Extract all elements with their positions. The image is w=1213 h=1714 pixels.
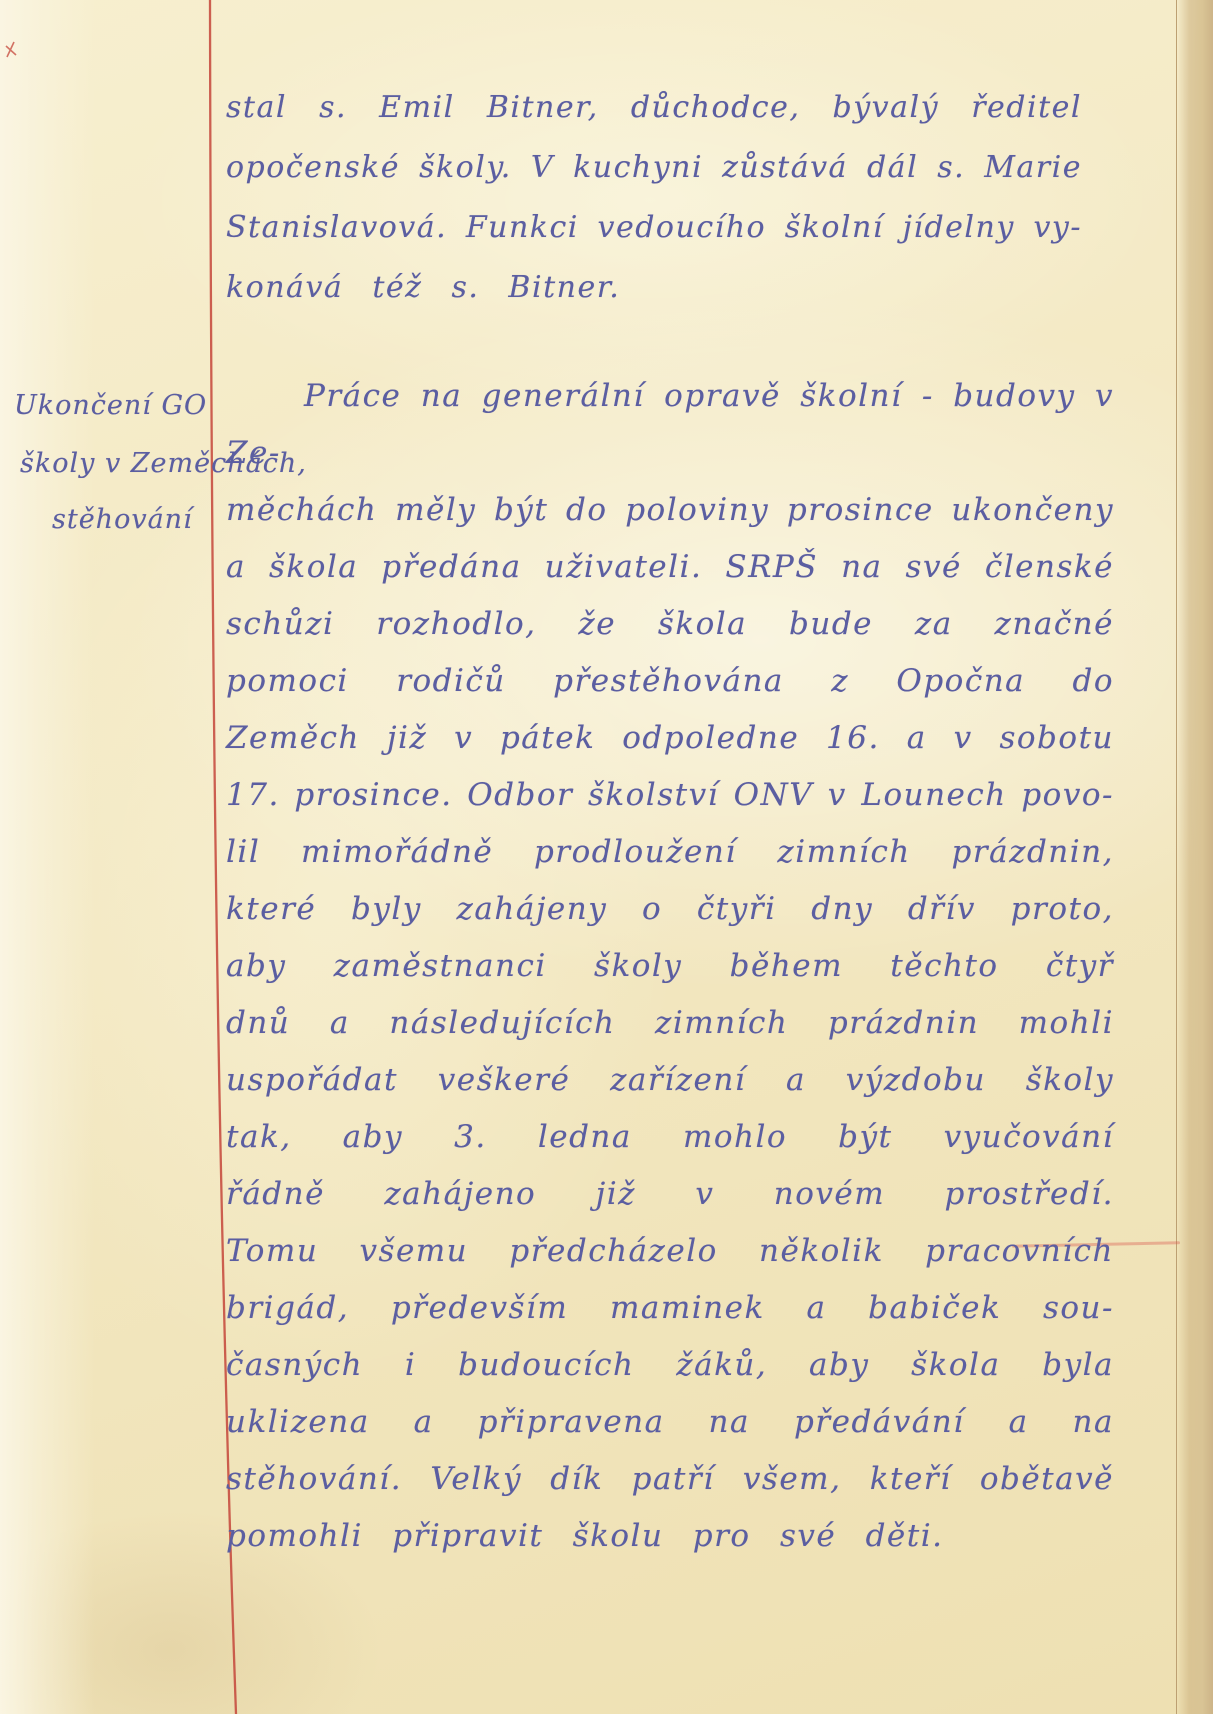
handwritten-line: schůzi rozhodlo, že škola bude za značné xyxy=(226,596,1114,653)
handwritten-line: Tomu všemu předcházelo několik pracovníc… xyxy=(226,1223,1114,1280)
margin-note-line: Ukončení GO xyxy=(14,390,207,421)
handwritten-line: Stanislavová. Funkci vedoucího školní jí… xyxy=(226,198,1082,258)
handwritten-line: aby zaměstnanci školy během těchto čtyř xyxy=(226,938,1114,995)
handwritten-line: uspořádat veškeré zařízení a výzdobu ško… xyxy=(226,1052,1114,1109)
handwritten-line: lil mimořádně prodloužení zimních prázdn… xyxy=(226,824,1114,881)
chronicle-page: Ukončení GO školy v Zeměchách, stěhování… xyxy=(0,0,1213,1714)
handwritten-line: stěhování. Velký dík patří všem, kteří o… xyxy=(226,1451,1114,1508)
handwritten-line: brigád, především maminek a babiček sou- xyxy=(226,1280,1114,1337)
handwritten-line: časných i budoucích žáků, aby škola byla xyxy=(226,1337,1114,1394)
handwritten-line: uklizena a připravena na předávání a na xyxy=(226,1394,1114,1451)
handwritten-line: pomohli připravit školu pro své děti. xyxy=(226,1508,1114,1565)
handwritten-line: tak, aby 3. ledna mohlo být vyučování xyxy=(226,1109,1114,1166)
handwritten-line: stal s. Emil Bitner, důchodce, bývalý ře… xyxy=(226,78,1082,138)
red-corner-mark xyxy=(6,42,16,57)
handwritten-line: opočenské školy. V kuchyni zůstává dál s… xyxy=(226,138,1082,198)
page-right-fold-edge xyxy=(1176,0,1213,1714)
handwritten-line: měchách měly být do poloviny prosince uk… xyxy=(226,482,1114,539)
page-left-edge xyxy=(0,0,95,1714)
handwritten-line: a škola předána uživateli. SRPŠ na své č… xyxy=(226,539,1114,596)
handwritten-line: pomoci rodičů přestěhována z Opočna do xyxy=(226,653,1114,710)
paragraph-continuation: stal s. Emil Bitner, důchodce, bývalý ře… xyxy=(226,78,1082,318)
paragraph-school-move: Práce na generální opravě školní - budov… xyxy=(226,368,1114,1565)
handwritten-line: 17. prosince. Odbor školství ONV v Loune… xyxy=(226,767,1114,824)
margin-note-line: stěhování xyxy=(52,504,193,535)
handwritten-line: řádně zahájeno již v novém prostředí. xyxy=(226,1166,1114,1223)
handwritten-line: které byly zahájeny o čtyři dny dřív pro… xyxy=(226,881,1114,938)
handwritten-line: konává též s. Bitner. xyxy=(226,258,1082,318)
handwritten-line: dnů a následujících zimních prázdnin moh… xyxy=(226,995,1114,1052)
handwritten-line: Práce na generální opravě školní - budov… xyxy=(226,368,1114,482)
handwritten-line: Zeměch již v pátek odpoledne 16. a v sob… xyxy=(226,710,1114,767)
